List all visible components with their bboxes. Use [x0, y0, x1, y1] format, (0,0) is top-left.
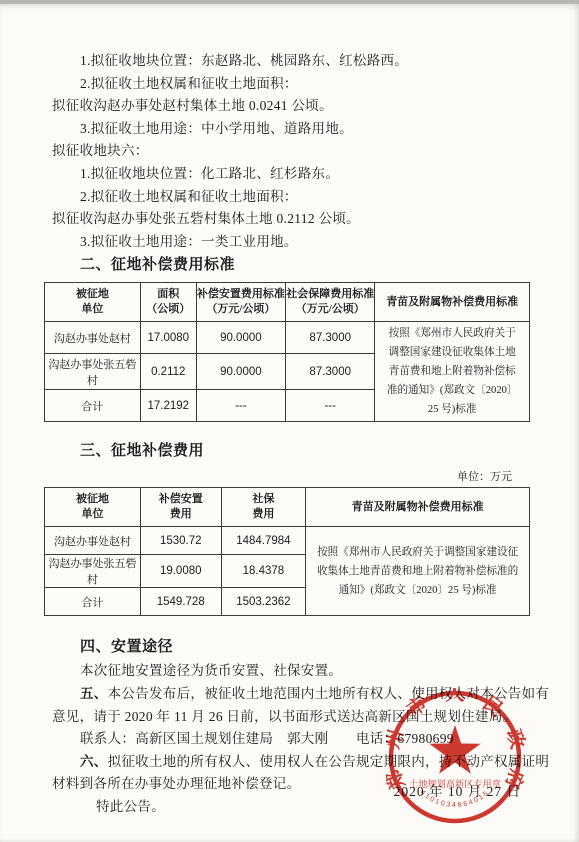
header-cell: 被征地单位	[45, 283, 141, 322]
cell-social-std: 87.3000	[286, 322, 375, 354]
scanned-notice-page: 1.拟征收地块位置：东赵路北、桃园路东、红松路西。 2.拟征收土地权属和征收土地…	[0, 0, 579, 842]
cell-note: 按照《郑州市人民政府关于调整国家建设征收集体土地青苗费和地上附着物补偿标准的通知…	[375, 322, 530, 422]
cell-social-std: ---	[286, 390, 375, 422]
table-header-row: 被征地单位 面积（公顷） 补偿安置费用标准（万元/公顷） 社会保障费用标准（万元…	[45, 283, 530, 322]
cell-resettle-std: ---	[196, 390, 285, 422]
intro-line: 拟征收沟赵办事处张五砦村集体土地 0.2112 公顷。	[52, 208, 530, 231]
header-cell: 面积（公顷）	[140, 283, 196, 322]
header-cell: 被征地单位	[45, 488, 141, 527]
table-header-row: 被征地单位 补偿安置费用 社保费用 青苗及附属物补偿费用标准	[45, 488, 530, 527]
intro-line: 2.拟征收土地权属和征收土地面积：	[52, 186, 530, 209]
cell-unit: 合计	[45, 390, 141, 422]
cell-social-std: 87.3000	[286, 354, 375, 390]
compensation-amount-table: 被征地单位 补偿安置费用 社保费用 青苗及附属物补偿费用标准 沟赵办事处赵村 1…	[44, 487, 530, 616]
svg-text:4101034864015: 4101034864015	[419, 789, 491, 809]
intro-line: 3.拟征收土地用途：一类工业用地。	[52, 231, 530, 254]
item6-marker: 六、	[80, 754, 108, 769]
header-cell: 青苗及附属物补偿费用标准	[306, 488, 530, 527]
header-cell: 补偿安置费用标准（万元/公顷）	[196, 283, 285, 322]
cell-social-fee: 18.4378	[221, 555, 306, 588]
intro-line: 拟征收地块六：	[52, 140, 530, 163]
scan-edge-artifact	[0, 0, 579, 4]
cell-resettle-fee: 1530.72	[140, 527, 221, 555]
cell-social-fee: 1503.2362	[221, 588, 306, 616]
cell-area: 17.0080	[140, 322, 196, 354]
section4-heading: 四、安置途径	[80, 635, 530, 660]
unit-label: 单位：万元	[52, 468, 512, 484]
cell-unit: 沟赵办事处赵村	[45, 527, 141, 555]
section3-heading: 三、征地补偿费用	[80, 439, 530, 464]
seal-star-icon	[429, 725, 480, 774]
intro-line: 1.拟征收地块位置：东赵路北、桃园路东、红松路西。	[52, 50, 530, 73]
cell-resettle-fee: 1549.728	[140, 588, 221, 616]
intro-line: 1.拟征收地块位置：化工路北、红杉路东。	[52, 163, 530, 186]
cell-unit: 沟赵办事处赵村	[45, 322, 141, 354]
table-row: 沟赵办事处赵村 17.0080 90.0000 87.3000 按照《郑州市人民…	[45, 322, 530, 354]
header-cell: 青苗及附属物补偿费用标准	[375, 283, 530, 322]
cell-resettle-std: 90.0000	[196, 322, 285, 354]
cell-unit: 沟赵办事处张五砦村	[45, 354, 141, 390]
cell-area: 0.2112	[140, 354, 196, 390]
header-cell: 社会保障费用标准（万元/公顷）	[286, 283, 375, 322]
table-row: 沟赵办事处赵村 1530.72 1484.7984 按照《郑州市人民政府关于调整…	[45, 527, 530, 555]
cell-resettle-fee: 19.0080	[140, 555, 221, 588]
seal-banner-text: 土地规划高新区专用章	[409, 778, 501, 789]
cell-resettle-std: 90.0000	[196, 354, 285, 390]
item5-marker: 五、	[80, 686, 108, 701]
intro-line: 拟征收沟赵办事处赵村集体土地 0.0241 公顷。	[52, 95, 530, 118]
cell-note: 按照《郑州市人民政府关于调整国家建设征收集体土地青苗费和地上附着物补偿标准的通知…	[306, 527, 530, 616]
section4-body: 本次征地安置途径为货币安置、社保安置。	[52, 660, 530, 683]
seal-serial-text: 4101034864015	[419, 789, 491, 809]
official-seal: 郑州市人民政府 土地规划高新区专用章 4101034864015	[386, 688, 526, 828]
cell-area: 17.2192	[140, 390, 196, 422]
cell-unit: 沟赵办事处张五砦村	[45, 555, 141, 588]
cell-social-fee: 1484.7984	[221, 527, 306, 555]
intro-line: 2.拟征收土地权属和征收土地面积：	[52, 73, 530, 96]
section2-heading: 二、征地补偿费用标准	[80, 253, 530, 278]
header-cell: 社保费用	[221, 488, 306, 527]
header-cell: 补偿安置费用	[140, 488, 221, 527]
compensation-standard-table: 被征地单位 面积（公顷） 补偿安置费用标准（万元/公顷） 社会保障费用标准（万元…	[44, 282, 530, 422]
cell-unit: 合计	[45, 588, 141, 616]
intro-line: 3.拟征收土地用途：中小学用地、道路用地。	[52, 118, 530, 141]
